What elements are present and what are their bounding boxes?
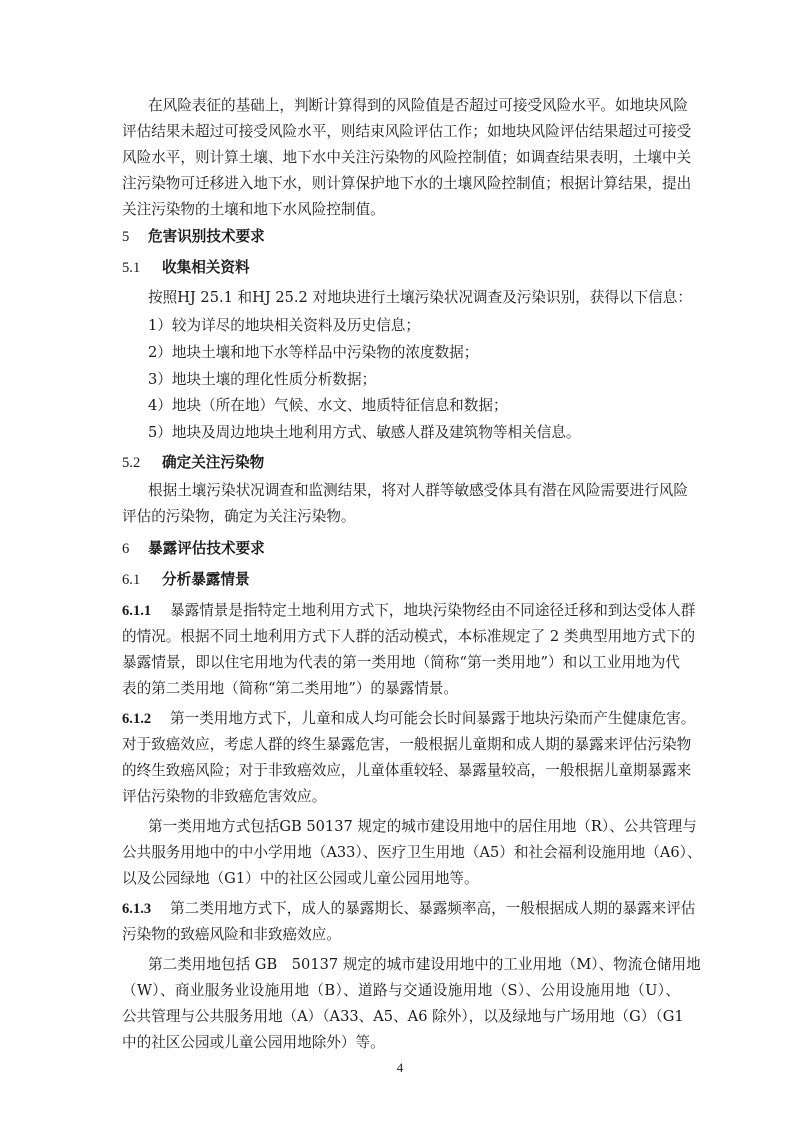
text-line: 以及公园绿地（G1）中的社区公园或儿童公园用地等。 <box>122 869 680 889</box>
text-line: 中的社区公园或儿童公园用地除外）等。 <box>122 1033 680 1053</box>
text-line: 6.1.2第一类用地方式下，儿童和成人均可能会长时间暴露于地块污染而产生健康危害… <box>122 709 680 729</box>
text-line: 注污染物可迁移进入地下水，则计算保护地下水的土壤风险控制值；根据计算结果，提出 <box>122 174 680 194</box>
clause-number: 6.1.3 <box>122 899 170 919</box>
text-line: 的终生致癌风险；对于非致癌效应，儿童体重较轻、暴露量较高，一般根据儿童期暴露来 <box>122 761 680 781</box>
text-line: 第二类用地包括 GB 50137 规定的城市建设用地中的工业用地（M）、物流仓储… <box>148 955 680 975</box>
clause-number: 6.1.1 <box>122 601 170 621</box>
text-line: 污染物的致癌风险和非致癌效应。 <box>122 925 680 945</box>
text-line: 表的第二类用地（简称“第二类用地”）的暴露情景。 <box>122 679 680 699</box>
subsection-title: 收集相关资料 <box>162 259 250 276</box>
text-line: 公共服务用地中的中小学用地（A33）、医疗卫生用地（A5）和社会福利设施用地（A… <box>122 843 680 863</box>
section-title: 危害识别技术要求 <box>148 228 265 245</box>
subsection-number: 5.1 <box>122 258 162 278</box>
text-line: 关注污染物的土壤和地下水风险控制值。 <box>122 200 680 220</box>
clause-number: 6.1.2 <box>122 709 170 729</box>
subsection-title: 确定关注污染物 <box>162 454 264 471</box>
text-line: 根据土壤污染状况调查和监测结果，将对人群等敏感受体具有潜在风险需要进行风险 <box>148 481 680 501</box>
section-title: 暴露评估技术要求 <box>148 540 265 557</box>
text-line: 6.1.3第二类用地方式下，成人的暴露期长、暴露频率高，一般根据成人期的暴露来评… <box>122 899 680 919</box>
subsection-number: 6.1 <box>122 570 162 590</box>
text-line: 暴露情景，即以住宅用地为代表的第一类用地（简称“第一类用地”）和以工业用地为代 <box>122 653 680 673</box>
list-item: 3）地块土壤的理化性质分析数据； <box>148 370 376 390</box>
text-line: 第一类用地方式包括GB 50137 规定的城市建设用地中的居住用地（R）、公共管… <box>148 817 680 837</box>
clause-text: 暴露情景是指特定土地利用方式下，地块污染物经由不同途径迁移和到达受体人群 <box>170 602 695 619</box>
clause-text: 第一类用地方式下，儿童和成人均可能会长时间暴露于地块污染而产生健康危害。 <box>170 710 695 727</box>
subsection-heading-6-1: 6.1分析暴露情景 <box>122 570 250 590</box>
list-item: 2）地块土壤和地下水等样品中污染物的浓度数据； <box>148 343 478 363</box>
text-line: 评估结果未超过可接受风险水平，则结束风险评估工作；如地块风险评估结果超过可接受 <box>122 122 680 142</box>
list-item: 1）较为详尽的地块相关资料及历史信息； <box>148 316 420 336</box>
subsection-number: 5.2 <box>122 453 162 473</box>
subsection-heading-5-2: 5.2确定关注污染物 <box>122 453 264 473</box>
text-line: 的情况。根据不同土地利用方式下人群的活动模式，本标准规定了 2 类典型用地方式下… <box>122 627 680 647</box>
lead-sentence: 按照HJ 25.1 和HJ 25.2 对地块进行土壤污染状况调查及污染识别，获得… <box>148 288 692 308</box>
page-number: 4 <box>0 1060 800 1076</box>
text-line: 公共管理与公共服务用地（A）（A33、A5、A6 除外），以及绿地与广场用地（G… <box>122 1007 680 1027</box>
section-number: 6 <box>122 539 148 559</box>
text-line: 风险水平，则计算土壤、地下水中关注污染物的风险控制值；如调查结果表明，土壤中关 <box>122 148 680 168</box>
subsection-title: 分析暴露情景 <box>162 571 250 588</box>
list-item: 4）地块（所在地）气候、水文、地质特征信息和数据； <box>148 396 508 416</box>
document-page: 在风险表征的基础上，判断计算得到的风险值是否超过可接受风险水平。如地块风险 评估… <box>0 0 800 1131</box>
section-number: 5 <box>122 227 148 247</box>
text-line: 6.1.1暴露情景是指特定土地利用方式下，地块污染物经由不同途径迁移和到达受体人… <box>122 601 680 621</box>
text-line: 评估污染物的非致癌危害效应。 <box>122 787 680 807</box>
subsection-heading-5-1: 5.1收集相关资料 <box>122 258 250 278</box>
text-line: 在风险表征的基础上，判断计算得到的风险值是否超过可接受风险水平。如地块风险 <box>148 96 680 116</box>
text-line: 对于致癌效应，考虑人群的终生暴露危害，一般根据儿童期和成人期的暴露来评估污染物 <box>122 735 680 755</box>
clause-text: 第二类用地方式下，成人的暴露期长、暴露频率高，一般根据成人期的暴露来评估 <box>170 900 695 917</box>
text-line: 评估的污染物，确定为关注污染物。 <box>122 507 680 527</box>
section-heading-5: 5危害识别技术要求 <box>122 227 265 247</box>
list-item: 5）地块及周边地块土地利用方式、敏感人群及建筑物等相关信息。 <box>148 423 581 443</box>
section-heading-6: 6暴露评估技术要求 <box>122 539 265 559</box>
text-line: （W）、商业服务业设施用地（B）、道路与交通设施用地（S）、公用设施用地（U）、 <box>122 981 680 1001</box>
